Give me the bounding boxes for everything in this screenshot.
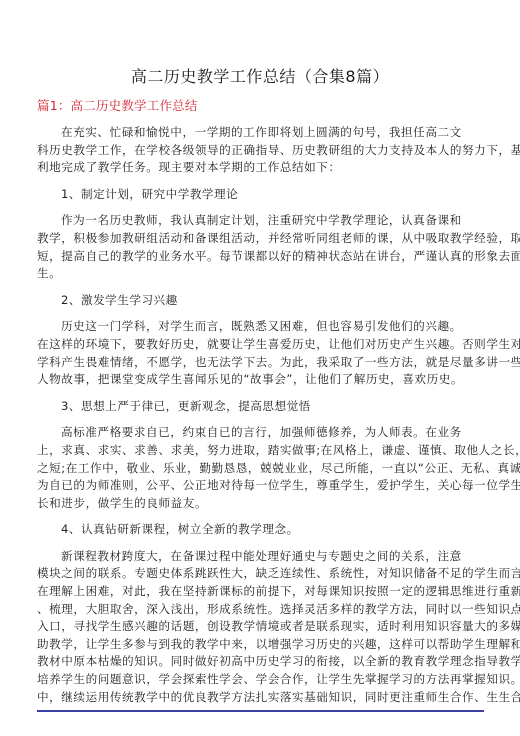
text-line: 人物故事，把课堂变成学生喜闻乐见的“故事会”，让他们了解历史，喜欢历史。 <box>37 371 479 389</box>
text-line: 中，继续运用传统教学中的优良教学方法扎实落实基础知识，同时更注重师生合作、生生合… <box>37 689 479 707</box>
paragraph-2: 历史这一门学科，对学生而言，既熟悉又困难，但也容易引发他们的兴趣。 在这样的环境… <box>37 318 479 388</box>
text-line: 模块之间的联系。专题史体系跳跃性大，缺乏连续性、系统性，对知识储备不足的学生而言… <box>37 565 479 583</box>
text-line: 科历史教学工作，在学校各级领导的正确指导、历史教研组的大力支持及本人的努力下，基… <box>37 142 479 160</box>
paragraph-1: 作为一名历史教师，我认真制定计划，注重研究中学教学理论，认真备课和 教学，积极参… <box>37 212 479 282</box>
text-line: 在理解上困难，对此，我在坚持新课标的前提下，对每课知识按照一定的逻辑思维进行重新… <box>37 583 479 601</box>
subheading-3: 3、思想上严于律已，更新观念，提高思想觉悟 <box>37 398 479 416</box>
text-line: 之短;在工作中，敬业、乐业，勤勤恳恳，兢兢业业，尽己所能，一直以“公正、无私、真… <box>37 460 479 478</box>
text-line: 新课程教材跨度大，在备课过程中能处理好通史与专题史之间的关系，注意 <box>37 548 479 566</box>
text-line: 生。 <box>37 265 479 283</box>
section-heading: 篇1：高二历史教学工作总结 <box>37 96 198 114</box>
footer-divider <box>37 710 484 712</box>
text-line: 作为一名历史教师，我认真制定计划，注重研究中学教学理论，认真备课和 <box>37 212 479 230</box>
text-line: 培养学生的问题意识，学会探索性学会、学会合作，让学生先掌握学习的方法再掌握知识。… <box>37 671 479 689</box>
text-line: 、梳理，大胆取舍，深入浅出，形成系统性。选择灵活多样的教学方法，同时以一些知识点… <box>37 601 479 619</box>
text-line: 上，求真、求实、求善、求美，努力进取，踏实做事;在风格上，谦虚、谨慎、取他人之长… <box>37 442 479 460</box>
intro-paragraph: 在充实、忙碌和愉悦中，一学期的工作即将划上圆满的句号，我担任高二文 科历史教学工… <box>37 124 479 177</box>
subheading-1: 1、制定计划，研究中学教学理论 <box>37 186 479 204</box>
text-line: 利地完成了教学任务。现主要对本学期的工作总结如下： <box>37 159 479 177</box>
text-line: 历史这一门学科，对学生而言，既熟悉又困难，但也容易引发他们的兴趣。 <box>37 318 479 336</box>
text-line: 教学，积极参加教研组活动和备课组活动，并经常听同组老师的课，从中吸取教学经验，取… <box>37 230 479 248</box>
text-line: 高标准严格要求自已，约束自已的言行，加强师德修养，为人师表。在业务 <box>37 424 479 442</box>
paragraph-4: 新课程教材跨度大，在备课过程中能处理好通史与专题史之间的关系，注意 模块之间的联… <box>37 548 479 706</box>
text-line: 入口，寻找学生感兴趣的话题，创设教学情境或者是联系现实，适时利用知识容量大的多媒… <box>37 618 479 636</box>
text-line: 学科产生畏难情绪，不愿学，也无法学下去。为此，我采取了一些方法，就是尽量多讲一些… <box>37 354 479 372</box>
document-title: 高二历史教学工作总结（合集8篇） <box>0 64 520 87</box>
document-page: 高二历史教学工作总结（合集8篇） 篇1：高二历史教学工作总结 在充实、忙碌和愉悦… <box>0 0 520 736</box>
subheading-2: 2、激发学生学习兴趣 <box>37 292 479 310</box>
text-line: 为自已的为师准则，公平、公正地对待每一位学生，尊重学生，爱护学生，关心每一位学生… <box>37 477 479 495</box>
text-line: 在这样的环境下，要教好历史，就要让学生喜爱历史，让他们对历史产生兴趣。否则学生对… <box>37 336 479 354</box>
paragraph-3: 高标准严格要求自已，约束自已的言行，加强师德修养，为人师表。在业务 上，求真、求… <box>37 424 479 512</box>
subheading-4: 4、认真钻研新课程，树立全新的教学理念。 <box>37 521 479 539</box>
text-line: 长和进步，做学生的良师益友。 <box>37 495 479 513</box>
document-body: 在充实、忙碌和愉悦中，一学期的工作即将划上圆满的句号，我担任高二文 科历史教学工… <box>37 124 479 706</box>
text-line: 教材中原本枯燥的知识。同时做好初高中历史学习的衔接，以全新的教育教学理念指导教学… <box>37 653 479 671</box>
text-line: 助教学，让学生多参与到我的教学中来，以增强学习历史的兴趣，这样可以帮助学生理解和… <box>37 636 479 654</box>
text-line: 在充实、忙碌和愉悦中，一学期的工作即将划上圆满的句号，我担任高二文 <box>37 124 479 142</box>
text-line: 短，提高自己的教学的业务水平。每节课都以好的精神状态站在讲台，严谨认真的形象去面… <box>37 248 479 266</box>
